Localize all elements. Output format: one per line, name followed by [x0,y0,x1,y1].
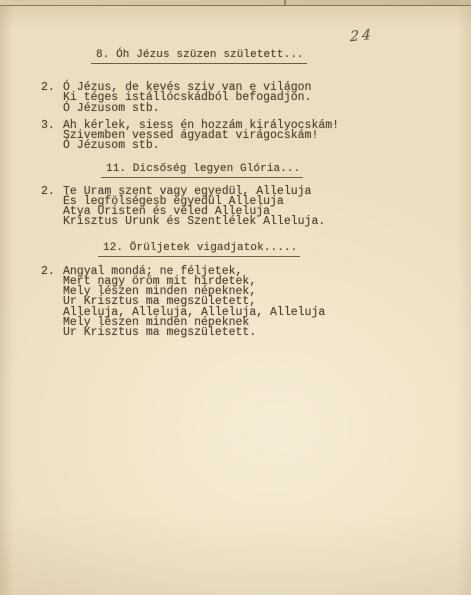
page-top-edge [0,0,471,6]
section-heading-row: 12. Örüljetek vigadjatok..... [98,242,431,257]
verse: 3.Ah kérlek, siess én hozzám királyocská… [41,121,431,152]
verse: 2.Te Uram szent vagy egyedül, AllelujaÉs… [41,187,431,228]
verse: 2.Angyal mondá; ne féljetek,Mert nagy ör… [41,267,431,339]
verse: 2.Ó Jézus, de kevés sziv van e világonKi… [41,83,431,114]
song-section: 8. Óh Jézus szüzen született... 2.Ó Jézu… [41,49,431,159]
section-title: 8. Óh Jézus szüzen született... [91,49,307,64]
verse-lines: Ó Jézus, de kevés sziv van e világonKi t… [63,83,311,114]
verse-number: 2. [41,187,63,228]
verse-number: 2. [41,83,63,114]
song-section: 11. Dicsőség legyen Glória... 2.Te Uram … [41,159,431,235]
verse-line: Ó Jézusom stb. [63,141,339,151]
verse-lines: Angyal mondá; ne féljetek,Mert nagy öröm… [63,267,325,339]
section-heading-row: 8. Óh Jézus szüzen született... [91,49,431,64]
song-section: 12. Örüljetek vigadjatok..... 2.Angyal m… [41,235,431,346]
verse-line: Ur Krisztus ma megszületett. [63,328,325,338]
verse-lines: Ah kérlek, siess én hozzám királyocskám!… [63,121,339,152]
verse-number: 3. [41,121,63,152]
edge-mark [284,0,286,5]
verse-number: 2. [41,267,63,339]
section-heading-row: 11. Dicsőség legyen Glória... [101,163,431,178]
document-content: 8. Óh Jézus szüzen született... 2.Ó Jézu… [41,49,431,345]
verse-line: Krisztus Urunk és Szentlélek Alleluja. [63,217,325,227]
page: 24 8. Óh Jézus szüzen született... 2.Ó J… [0,0,471,595]
verse-line: Ó Jézusom stb. [63,104,311,114]
section-title: 11. Dicsőség legyen Glória... [101,163,303,178]
section-title: 12. Örüljetek vigadjatok..... [98,242,300,257]
handwritten-page-number: 24 [350,27,374,46]
verse-lines: Te Uram szent vagy egyedül, AllelujaÉs l… [63,187,325,228]
